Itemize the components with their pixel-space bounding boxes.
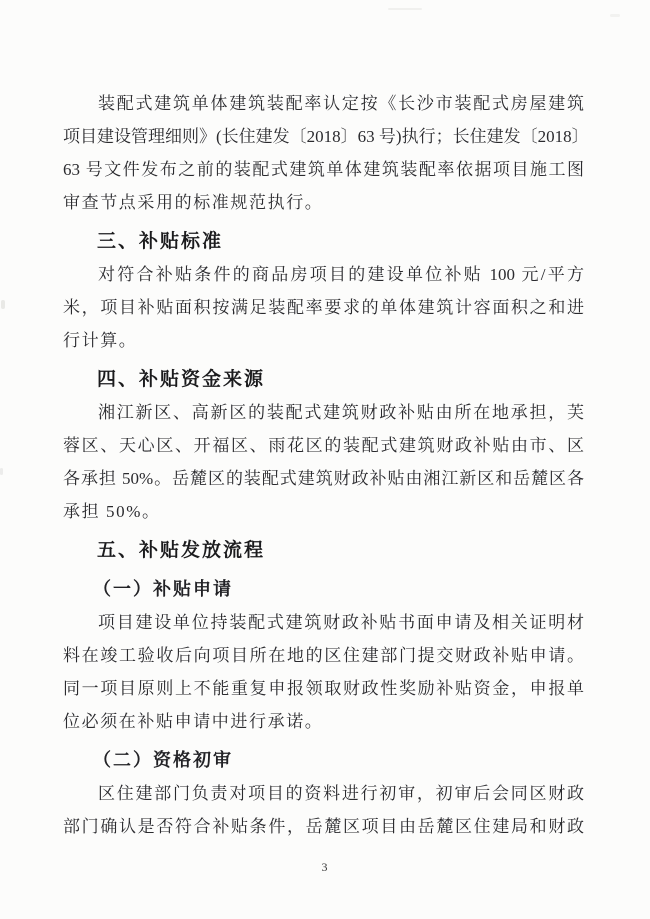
page-number: 3 xyxy=(0,860,650,875)
document-line: 部门确认是否符合补贴条件，岳麓区项目由岳麓区住建局和财政 xyxy=(63,810,584,843)
scan-artifact xyxy=(0,468,3,475)
document-line: 位必须在补贴申请中进行承诺。 xyxy=(63,705,584,738)
subsection-heading-application: （一）补贴申请 xyxy=(63,573,584,606)
section-heading-subsidy-standard: 三、补贴标准 xyxy=(63,225,584,258)
document-line: 装配式建筑单体建筑装配率认定按《长沙市装配式房屋建筑 xyxy=(63,87,584,120)
scan-artifact xyxy=(388,8,422,10)
document-line: 对符合补贴条件的商品房项目的建设单位补贴 100 元/平方 xyxy=(63,258,584,291)
document-line: 湘江新区、高新区的装配式建筑财政补贴由所在地承担，芙 xyxy=(63,396,584,429)
document-line: 审查节点采用的标准规范执行。 xyxy=(63,186,584,219)
document-line: 项目建设管理细则》(长住建发〔2018〕63 号)执行；长住建发〔2018〕 xyxy=(63,120,584,153)
document-line: 米，项目补贴面积按满足装配率要求的单体建筑计容面积之和进 xyxy=(63,291,584,324)
document-line: 承担 50%。 xyxy=(63,495,584,528)
scan-artifact xyxy=(610,14,620,17)
document-page: 装配式建筑单体建筑装配率认定按《长沙市装配式房屋建筑 项目建设管理细则》(长住建… xyxy=(0,0,650,919)
document-line: 料在竣工验收后向项目所在地的区住建部门提交财政补贴申请。 xyxy=(63,639,584,672)
subsection-heading-preliminary-review: （二）资格初审 xyxy=(63,744,584,777)
document-line: 区住建部门负责对项目的资料进行初审，初审后会同区财政 xyxy=(63,777,584,810)
document-line: 项目建设单位持装配式建筑财政补贴书面申请及相关证明材 xyxy=(63,606,584,639)
document-line: 同一项目原则上不能重复申报领取财政性奖励补贴资金，申报单 xyxy=(63,672,584,705)
scan-artifact xyxy=(1,300,5,309)
section-heading-funding-source: 四、补贴资金来源 xyxy=(63,363,584,396)
section-heading-disbursement-process: 五、补贴发放流程 xyxy=(63,534,584,567)
document-body: 装配式建筑单体建筑装配率认定按《长沙市装配式房屋建筑 项目建设管理细则》(长住建… xyxy=(63,87,584,843)
document-line: 63 号文件发布之前的装配式建筑单体建筑装配率依据项目施工图 xyxy=(63,153,584,186)
document-line: 蓉区、天心区、开福区、雨花区的装配式建筑财政补贴由市、区 xyxy=(63,429,584,462)
scanned-document-screenshot: { "doc": { "page_number": "3", "lines": … xyxy=(0,0,650,919)
document-line: 各承担 50%。岳麓区的装配式建筑财政补贴由湘江新区和岳麓区各 xyxy=(63,462,584,495)
document-line: 行计算。 xyxy=(63,324,584,357)
